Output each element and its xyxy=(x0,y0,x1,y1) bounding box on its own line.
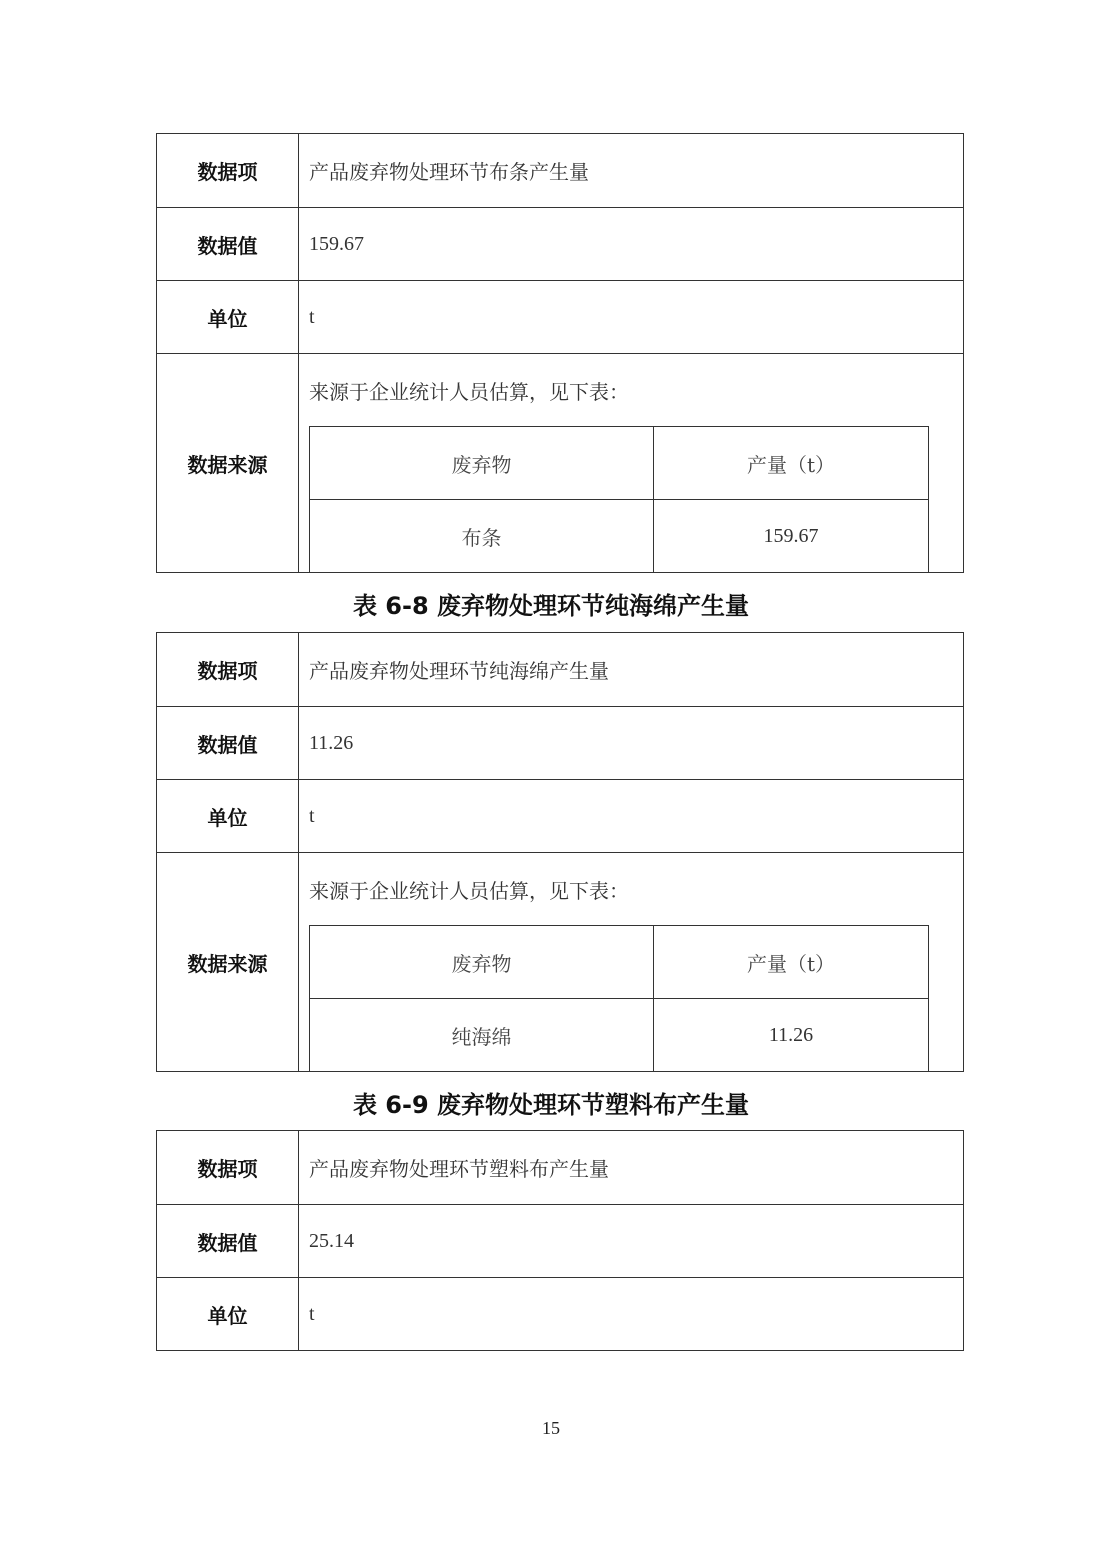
table-row: 单位 t xyxy=(157,280,963,353)
table-row: 数据项 产品废弃物处理环节纯海绵产生量 xyxy=(157,633,963,706)
table-row-source: 数据来源 来源于企业统计人员估算，见下表： 废弃物 产量（t） 纯海绵 11.2… xyxy=(157,852,963,1071)
cell-waste: 布条 xyxy=(310,500,654,572)
sub-table-header: 废弃物 产量（t） xyxy=(310,427,928,499)
row-value: t xyxy=(299,780,963,852)
table-6-9: 数据项 产品废弃物处理环节塑料布产生量 数据值 25.14 单位 t xyxy=(156,1130,964,1351)
table-row: 数据值 25.14 xyxy=(157,1204,963,1277)
header-waste: 废弃物 xyxy=(310,926,654,998)
source-text: 来源于企业统计人员估算，见下表： xyxy=(309,376,629,405)
row-label: 单位 xyxy=(157,1278,299,1350)
row-label: 数据值 xyxy=(157,1205,299,1277)
sub-table: 废弃物 产量（t） 布条 159.67 xyxy=(309,426,929,573)
table-6-7: 数据项 产品废弃物处理环节布条产生量 数据值 159.67 单位 t 数据来源 … xyxy=(156,133,964,573)
row-value: 159.67 xyxy=(299,208,963,280)
row-label: 数据值 xyxy=(157,707,299,779)
row-value: t xyxy=(299,1278,963,1350)
row-value: 11.26 xyxy=(299,707,963,779)
header-waste: 废弃物 xyxy=(310,427,654,499)
row-label: 数据值 xyxy=(157,208,299,280)
cell-output: 11.26 xyxy=(654,999,928,1071)
row-label: 数据来源 xyxy=(157,853,299,1071)
cell-output: 159.67 xyxy=(654,500,928,572)
header-output: 产量（t） xyxy=(654,427,928,499)
row-label: 数据来源 xyxy=(157,354,299,572)
table-row-source: 数据来源 来源于企业统计人员估算，见下表： 废弃物 产量（t） 布条 159.6… xyxy=(157,353,963,572)
source-text: 来源于企业统计人员估算，见下表： xyxy=(309,875,629,904)
source-cell: 来源于企业统计人员估算，见下表： 废弃物 产量（t） 纯海绵 11.26 xyxy=(299,853,963,1071)
table-row: 单位 t xyxy=(157,1277,963,1350)
row-label: 数据项 xyxy=(157,633,299,706)
row-value: 产品废弃物处理环节塑料布产生量 xyxy=(299,1131,963,1204)
table-row: 数据项 产品废弃物处理环节布条产生量 xyxy=(157,134,963,207)
cell-waste: 纯海绵 xyxy=(310,999,654,1071)
table-caption: 表 6-9 废弃物处理环节塑料布产生量 xyxy=(0,1085,1102,1120)
source-cell: 来源于企业统计人员估算，见下表： 废弃物 产量（t） 布条 159.67 xyxy=(299,354,963,572)
row-label: 单位 xyxy=(157,780,299,852)
row-value: 产品废弃物处理环节布条产生量 xyxy=(299,134,963,207)
table-row: 单位 t xyxy=(157,779,963,852)
table-row: 数据项 产品废弃物处理环节塑料布产生量 xyxy=(157,1131,963,1204)
row-value: 25.14 xyxy=(299,1205,963,1277)
row-value: t xyxy=(299,281,963,353)
sub-table: 废弃物 产量（t） 纯海绵 11.26 xyxy=(309,925,929,1072)
row-label: 单位 xyxy=(157,281,299,353)
table-row: 数据值 11.26 xyxy=(157,706,963,779)
table-caption: 表 6-8 废弃物处理环节纯海绵产生量 xyxy=(0,586,1102,621)
table-6-8: 数据项 产品废弃物处理环节纯海绵产生量 数据值 11.26 单位 t 数据来源 … xyxy=(156,632,964,1072)
sub-table-header: 废弃物 产量（t） xyxy=(310,926,928,998)
header-output: 产量（t） xyxy=(654,926,928,998)
page-number: 15 xyxy=(0,1418,1102,1439)
table-row: 数据值 159.67 xyxy=(157,207,963,280)
sub-table-row: 布条 159.67 xyxy=(310,499,928,572)
row-label: 数据项 xyxy=(157,1131,299,1204)
row-value: 产品废弃物处理环节纯海绵产生量 xyxy=(299,633,963,706)
row-label: 数据项 xyxy=(157,134,299,207)
sub-table-row: 纯海绵 11.26 xyxy=(310,998,928,1071)
